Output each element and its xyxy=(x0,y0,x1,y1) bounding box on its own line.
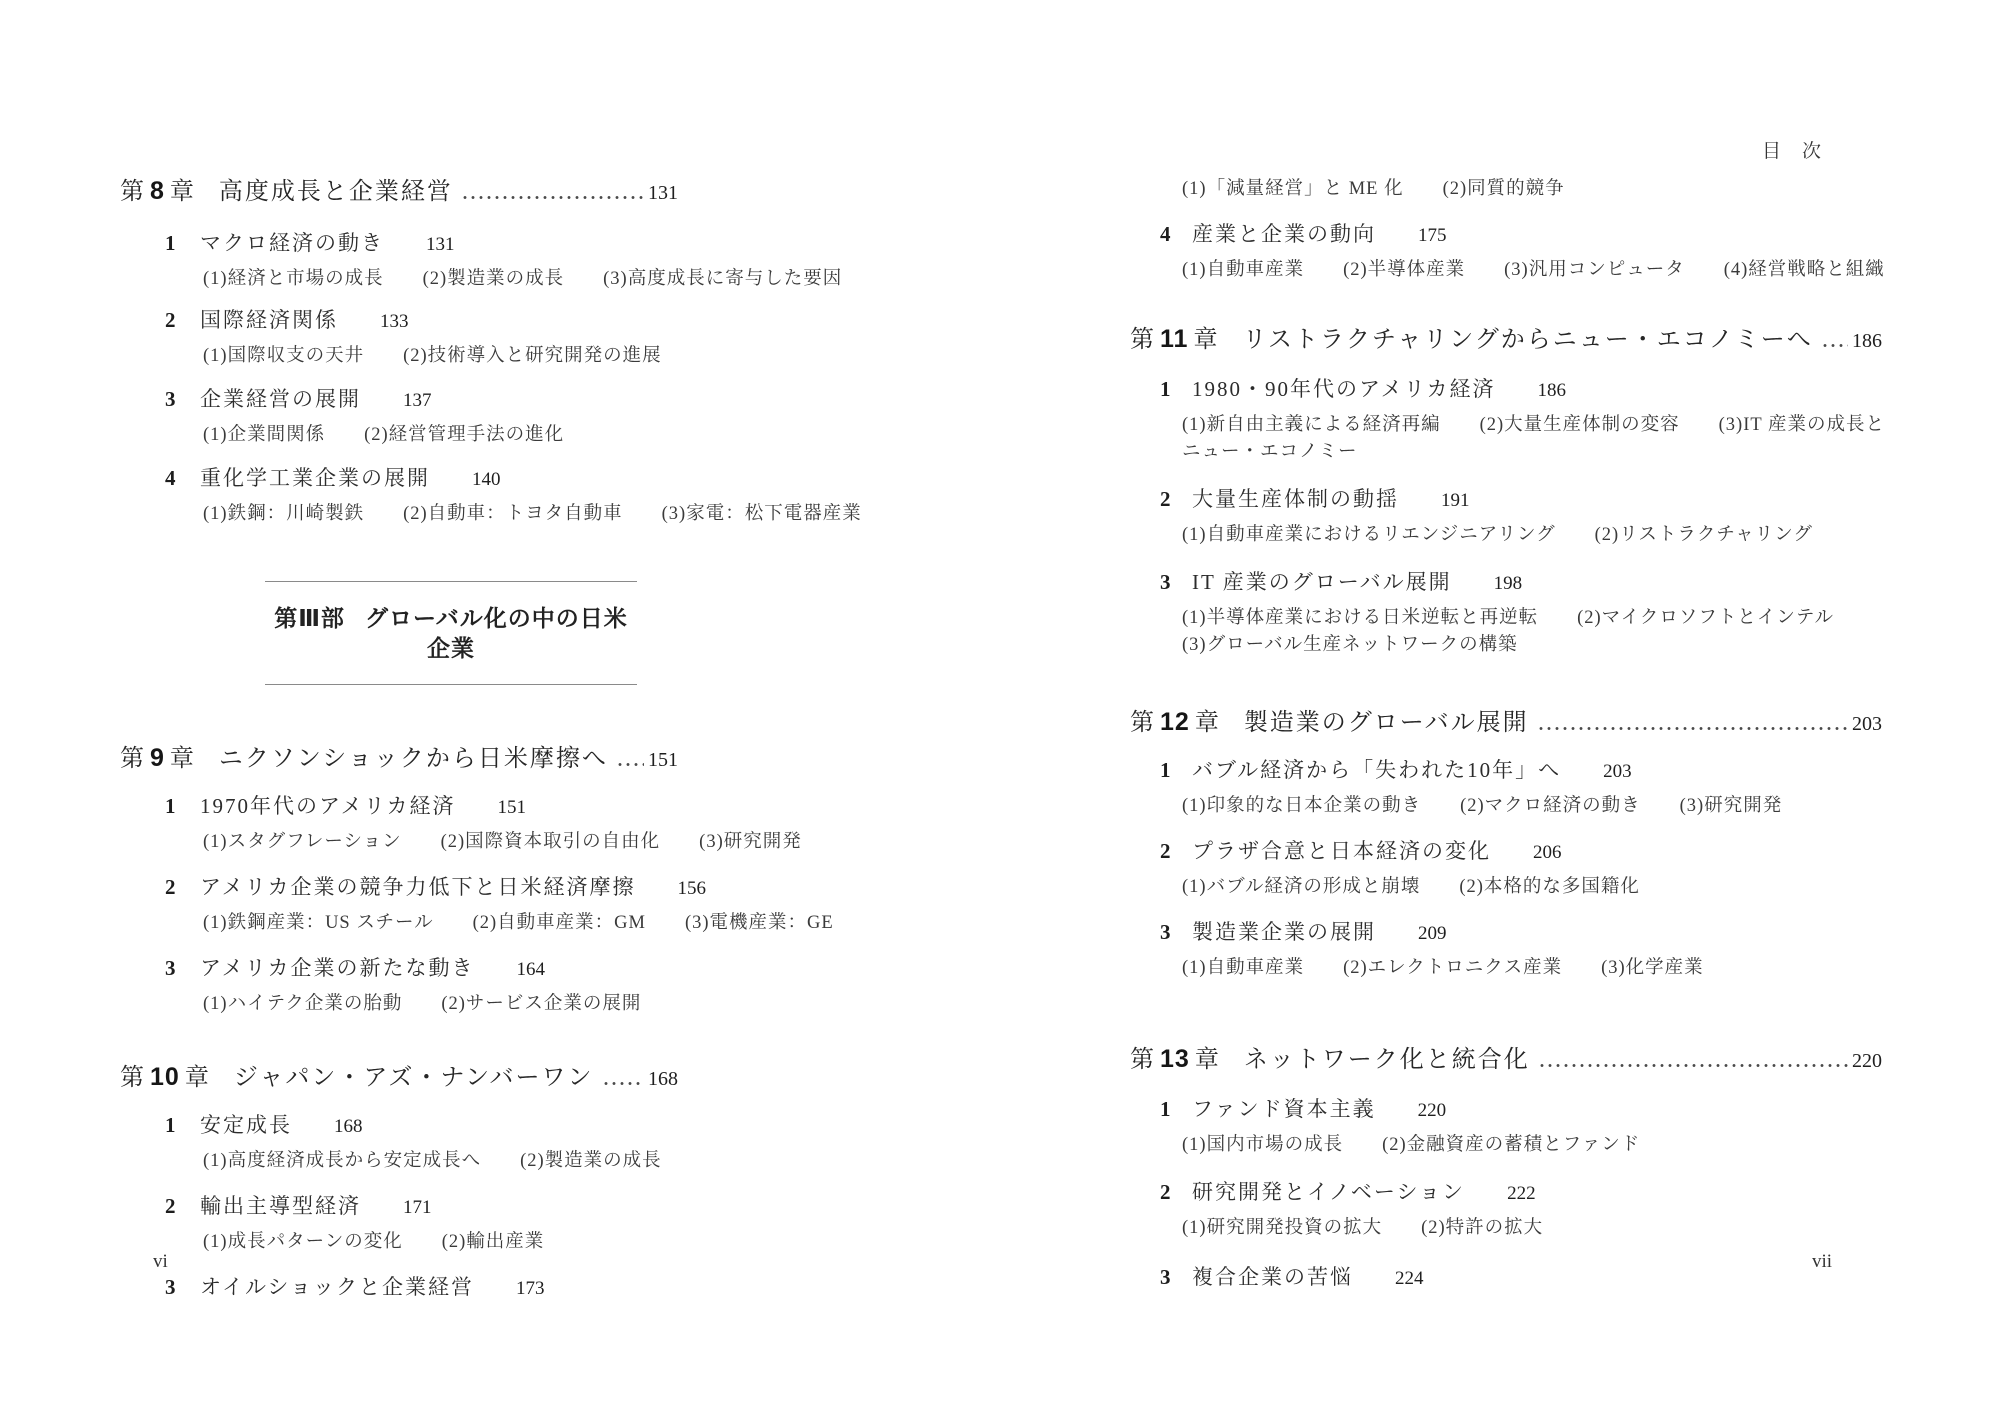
item-number: 3 xyxy=(1160,1264,1192,1290)
item-page: 198 xyxy=(1494,571,1523,597)
toc-subitems-carryover: (1)「減量経営」と ME 化 (2)同質的競争 xyxy=(1130,176,1890,203)
chapter-page: 186 xyxy=(1852,326,1882,356)
chapter-label: 第10章 xyxy=(120,1062,210,1093)
chapter-title: ジャパン・アズ・ナンバーワン xyxy=(234,1063,594,1093)
item-number: 3 xyxy=(1160,569,1192,595)
toc-subitems: (1)鉄鋼：川崎製鉄 (2)自動車：トヨタ自動車 (3)家電：松下電器産業 xyxy=(120,501,820,528)
item-title: 国際経済関係 xyxy=(200,307,338,333)
item-number: 1 xyxy=(1160,1096,1192,1122)
toc-item: 3 製造業企業の展開 209 xyxy=(1130,919,1890,947)
dot-leader xyxy=(461,196,644,199)
toc-item: 2 研究開発とイノベーション 222 xyxy=(1130,1179,1890,1207)
chapter-12-heading: 第12章 製造業のグローバル展開 203 xyxy=(1130,707,1882,739)
chapter-page: 220 xyxy=(1852,1046,1882,1076)
part-label: 第Ⅲ部 xyxy=(274,605,345,631)
item-page: 140 xyxy=(472,467,501,493)
chapter-prefix: 第 xyxy=(1130,1047,1155,1073)
toc-subitems: (1)国内市場の成長 (2)金融資産の蓄積とファンド xyxy=(1130,1132,1890,1159)
toc-item: 1 1980・90年代のアメリカ経済 186 xyxy=(1130,376,1890,404)
dot-leader xyxy=(602,1082,645,1085)
toc-subitems: (1)鉄鋼産業：US スチール (2)自動車産業：GM (3)電機産業：GE xyxy=(120,910,820,937)
chapter-suffix: 章 xyxy=(1195,710,1220,736)
chapter-page: 151 xyxy=(648,745,678,775)
chapter-label: 第11章 xyxy=(1130,324,1218,355)
chapter-page: 131 xyxy=(648,178,678,208)
toc-item: 2 プラザ合意と日本経済の変化 206 xyxy=(1130,838,1890,866)
chapter-number: 13 xyxy=(1160,1045,1190,1073)
item-number: 2 xyxy=(1160,1179,1192,1205)
toc-subitems: (1)研究開発投資の拡大 (2)特許の拡大 xyxy=(1130,1215,1890,1242)
item-title: ファンド資本主義 xyxy=(1192,1096,1376,1122)
chapter-10-heading: 第10章 ジャパン・アズ・ナンバーワン 168 xyxy=(120,1062,678,1094)
item-number: 3 xyxy=(165,955,200,981)
chapter-title: ネットワーク化と統合化 xyxy=(1244,1045,1530,1075)
chapter-number: 11 xyxy=(1160,325,1188,353)
item-page: 186 xyxy=(1538,378,1567,404)
item-title: IT 産業のグローバル展開 xyxy=(1192,569,1452,595)
toc-item: 3 IT 産業のグローバル展開 198 xyxy=(1130,569,1890,597)
item-number: 3 xyxy=(165,1274,200,1300)
item-number: 2 xyxy=(165,1193,200,1219)
toc-item: 3 オイルショックと企業経営 173 xyxy=(120,1274,820,1302)
item-page: 222 xyxy=(1507,1181,1536,1207)
item-number: 1 xyxy=(1160,376,1192,402)
chapter-page: 168 xyxy=(648,1064,678,1094)
toc-subitems: (1)バブル経済の形成と崩壊 (2)本格的な多国籍化 xyxy=(1130,874,1890,901)
chapter-number: 9 xyxy=(150,744,165,772)
item-page: 209 xyxy=(1418,921,1447,947)
toc-subitems: (1)印象的な日本企業の動き (2)マクロ経済の動き (3)研究開発 xyxy=(1130,793,1890,820)
toc-item: 4 産業と企業の動向 175 xyxy=(1130,221,1890,249)
toc-item: 3 アメリカ企業の新たな動き 164 xyxy=(120,955,820,983)
item-title: 輸出主導型経済 xyxy=(200,1193,361,1219)
toc-item: 1 1970年代のアメリカ経済 151 xyxy=(120,793,820,821)
toc-item: 1 バブル経済から「失われた10年」へ 203 xyxy=(1130,757,1890,785)
toc-item: 2 大量生産体制の動揺 191 xyxy=(1130,486,1890,514)
toc-subitems: (1)経済と市場の成長 (2)製造業の成長 (3)高度成長に寄与した要因 xyxy=(120,266,820,293)
item-page: 224 xyxy=(1395,1266,1424,1292)
chapter-number: 10 xyxy=(150,1063,180,1091)
item-title: オイルショックと企業経営 xyxy=(200,1274,474,1300)
item-title: バブル経済から「失われた10年」へ xyxy=(1192,757,1561,783)
toc-item: 4 重化学工業企業の展開 140 xyxy=(120,465,820,493)
item-number: 2 xyxy=(165,874,200,900)
chapter-suffix: 章 xyxy=(170,179,195,205)
part-divider: 第Ⅲ部グローバル化の中の日米企業 xyxy=(265,581,637,685)
chapter-label: 第9章 xyxy=(120,743,195,774)
item-title: 大量生産体制の動揺 xyxy=(1192,486,1399,512)
toc-subitems: (1)自動車産業 (2)エレクトロニクス産業 (3)化学産業 xyxy=(1130,955,1890,982)
chapter-prefix: 第 xyxy=(120,746,145,772)
toc-subitems: (1)半導体産業における日米逆転と再逆転 (2)マイクロソフトとインテル (3)… xyxy=(1130,605,1890,659)
toc-item: 2 アメリカ企業の競争力低下と日米経済摩擦 156 xyxy=(120,874,820,902)
item-page: 173 xyxy=(516,1276,545,1302)
chapter-title: 高度成長と企業経営 xyxy=(219,177,453,207)
item-number: 4 xyxy=(1160,221,1192,247)
item-number: 3 xyxy=(1160,919,1192,945)
toc-subitems: (1)スタグフレーション (2)国際資本取引の自由化 (3)研究開発 xyxy=(120,829,820,856)
chapter-9-heading: 第9章 ニクソンショックから日米摩擦へ 151 xyxy=(120,743,678,775)
chapter-number: 8 xyxy=(150,177,165,205)
item-number: 1 xyxy=(165,1112,200,1138)
item-page: 137 xyxy=(403,388,432,414)
toc-subitems: (1)高度経済成長から安定成長へ (2)製造業の成長 xyxy=(120,1148,820,1175)
chapter-title: リストラクチャリングからニュー・エコノミーへ xyxy=(1242,325,1812,355)
item-title: 安定成長 xyxy=(200,1112,292,1138)
item-page: 171 xyxy=(403,1195,432,1221)
toc-subitems: (1)ハイテク企業の胎動 (2)サービス企業の展開 xyxy=(120,991,820,1018)
toc-subitems: (1)企業間関係 (2)経営管理手法の進化 xyxy=(120,422,820,449)
item-number: 2 xyxy=(1160,838,1192,864)
item-title: 研究開発とイノベーション xyxy=(1192,1179,1465,1205)
toc-item: 2 輸出主導型経済 171 xyxy=(120,1193,820,1221)
item-number: 1 xyxy=(165,230,200,256)
item-number: 3 xyxy=(165,386,200,412)
chapter-8-heading: 第8章 高度成長と企業経営 131 xyxy=(120,176,678,208)
toc-subitems: (1)自動車産業 (2)半導体産業 (3)汎用コンピュータ (4)経営戦略と組織 xyxy=(1130,257,1890,284)
chapter-title: 製造業のグローバル展開 xyxy=(1244,708,1529,738)
item-page: 203 xyxy=(1603,759,1632,785)
item-page: 164 xyxy=(517,957,546,983)
toc-item: 1 安定成長 168 xyxy=(120,1112,820,1140)
toc-item: 1 ファンド資本主義 220 xyxy=(1130,1096,1890,1124)
part-title: グローバル化の中の日米企業 xyxy=(365,605,628,661)
item-number: 2 xyxy=(1160,486,1192,512)
right-page-column: (1)「減量経営」と ME 化 (2)同質的競争 4 産業と企業の動向 175 … xyxy=(1130,130,1890,1292)
dot-leader xyxy=(616,763,644,766)
item-number: 1 xyxy=(1160,757,1192,783)
toc-item: 1 マクロ経済の動き 131 xyxy=(120,230,820,258)
dot-leader xyxy=(1537,727,1848,730)
item-number: 1 xyxy=(165,793,200,819)
item-page: 151 xyxy=(498,795,527,821)
item-page: 175 xyxy=(1418,223,1447,249)
chapter-page: 203 xyxy=(1852,709,1882,739)
toc-item: 3 企業経営の展開 137 xyxy=(120,386,820,414)
chapter-prefix: 第 xyxy=(1130,710,1155,736)
item-page: 206 xyxy=(1533,840,1562,866)
toc-subitems: (1)国際収支の天井 (2)技術導入と研究開発の進展 xyxy=(120,343,820,370)
chapter-prefix: 第 xyxy=(120,1065,145,1091)
chapter-11-heading: 第11章 リストラクチャリングからニュー・エコノミーへ 186 xyxy=(1130,324,1882,356)
chapter-13-heading: 第13章 ネットワーク化と統合化 220 xyxy=(1130,1044,1882,1076)
chapter-suffix: 章 xyxy=(1195,1047,1220,1073)
dot-leader xyxy=(1538,1064,1848,1067)
chapter-prefix: 第 xyxy=(1130,327,1155,353)
item-title: 1970年代のアメリカ経済 xyxy=(200,793,456,819)
item-page: 133 xyxy=(380,309,409,335)
left-page-column: 第8章 高度成長と企業経営 131 1 マクロ経済の動き 131 (1)経済と市… xyxy=(120,160,820,1302)
chapter-prefix: 第 xyxy=(120,179,145,205)
item-title: マクロ経済の動き xyxy=(200,230,384,256)
item-title: 企業経営の展開 xyxy=(200,386,361,412)
item-title: アメリカ企業の競争力低下と日米経済摩擦 xyxy=(200,874,636,900)
item-title: 重化学工業企業の展開 xyxy=(200,465,430,491)
item-title: 産業と企業の動向 xyxy=(1192,221,1376,247)
chapter-title: ニクソンショックから日米摩擦へ xyxy=(219,744,608,774)
chapter-label: 第8章 xyxy=(120,176,195,207)
toc-subitems: (1)新自由主義による経済再編 (2)大量生産体制の変容 (3)IT 産業の成長… xyxy=(1130,412,1890,466)
item-page: 131 xyxy=(426,232,455,258)
item-title: 1980・90年代のアメリカ経済 xyxy=(1192,376,1496,402)
toc-item: 2 国際経済関係 133 xyxy=(120,307,820,335)
chapter-label: 第13章 xyxy=(1130,1044,1220,1075)
item-title: 複合企業の苦悩 xyxy=(1192,1264,1353,1290)
chapter-label: 第12章 xyxy=(1130,707,1220,738)
item-page: 168 xyxy=(334,1114,363,1140)
toc-item: 3 複合企業の苦悩 224 xyxy=(1130,1264,1890,1292)
item-page: 156 xyxy=(678,876,707,902)
toc-subitems: (1)成長パターンの変化 (2)輸出産業 xyxy=(120,1229,820,1256)
chapter-suffix: 章 xyxy=(170,746,195,772)
toc-subitems: (1)自動車産業におけるリエンジニアリング (2)リストラクチャリング xyxy=(1130,522,1890,549)
item-page: 191 xyxy=(1441,488,1470,514)
chapter-suffix: 章 xyxy=(1193,327,1218,353)
item-page: 220 xyxy=(1418,1098,1447,1124)
item-title: 製造業企業の展開 xyxy=(1192,919,1376,945)
item-number: 2 xyxy=(165,307,200,333)
item-title: アメリカ企業の新たな動き xyxy=(200,955,475,981)
chapter-number: 12 xyxy=(1160,708,1190,736)
chapter-suffix: 章 xyxy=(185,1065,210,1091)
item-number: 4 xyxy=(165,465,200,491)
dot-leader xyxy=(1821,344,1848,347)
item-title: プラザ合意と日本経済の変化 xyxy=(1192,838,1491,864)
